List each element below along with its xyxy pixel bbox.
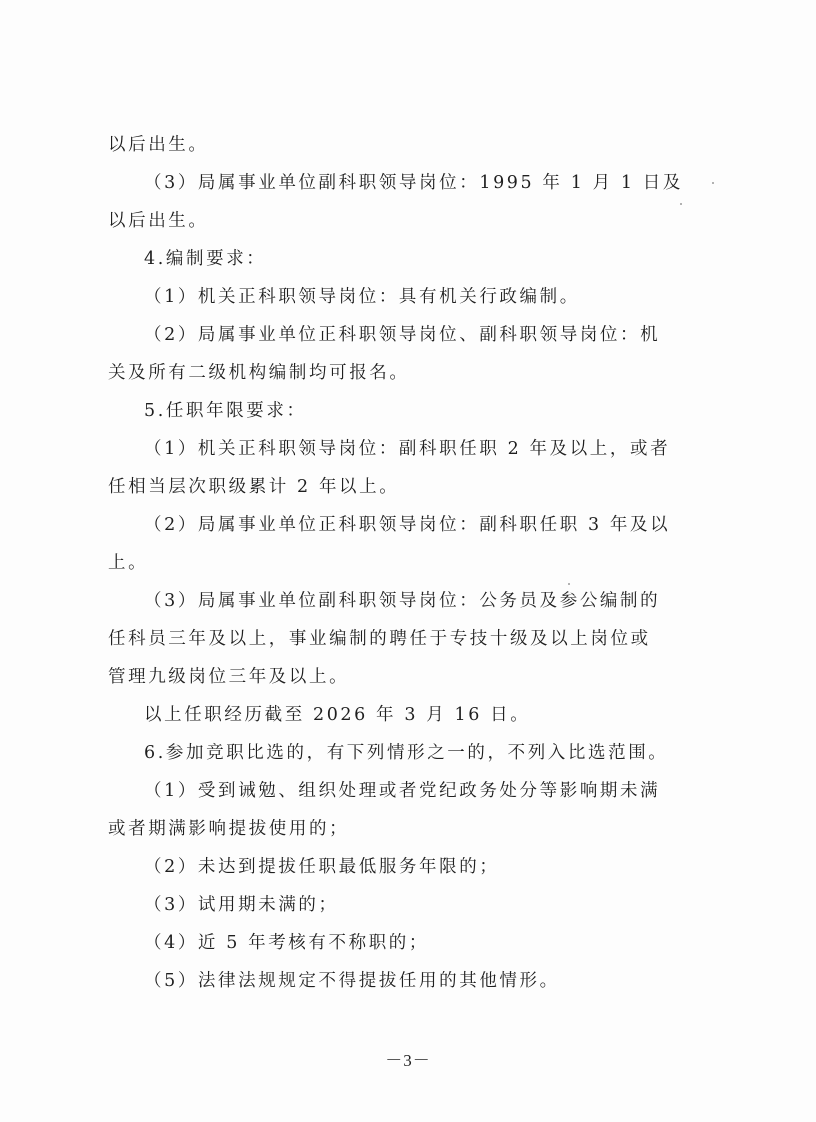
section-heading-tenure: 5.任职年限要求： xyxy=(108,392,698,430)
text-line-10: 任相当层次职级累计 2 年以上。 xyxy=(108,468,698,506)
text-line-1: 以后出生。 xyxy=(108,126,698,164)
text-line-21: （3）试用期未满的； xyxy=(108,886,698,924)
section-heading-staffing: 4.编制要求： xyxy=(108,240,698,278)
scan-speck xyxy=(568,583,570,585)
text-line-19: 或者期满影响提拔使用的； xyxy=(108,810,698,848)
text-line-3: 以后出生。 xyxy=(108,202,698,240)
scan-speck xyxy=(712,182,714,184)
text-line-7: 关及所有二级机构编制均可报名。 xyxy=(108,354,698,392)
page-number: －3－ xyxy=(0,1046,816,1071)
text-line-11: （2）局属事业单位正科职领导岗位：副科职任职 3 年及以 xyxy=(108,506,698,544)
text-line-20: （2）未达到提拔任职最低服务年限的； xyxy=(108,848,698,886)
text-line-9: （1）机关正科职领导岗位：副科职任职 2 年及以上，或者 xyxy=(108,430,698,468)
text-line-6: （2）局属事业单位正科职领导岗位、副科职领导岗位：机 xyxy=(108,316,698,354)
section-heading-exclusions: 6.参加竞职比选的，有下列情形之一的，不列入比选范围。 xyxy=(108,734,698,772)
text-line-16: 以上任职经历截至 2026 年 3 月 16 日。 xyxy=(108,696,698,734)
text-line-12: 上。 xyxy=(108,544,698,582)
text-line-13: （3）局属事业单位副科职领导岗位：公务员及参公编制的 xyxy=(108,582,698,620)
text-line-15: 管理九级岗位三年及以上。 xyxy=(108,658,698,696)
text-line-22: （4）近 5 年考核有不称职的； xyxy=(108,924,698,962)
text-line-18: （1）受到诫勉、组织处理或者党纪政务处分等影响期未满 xyxy=(108,772,698,810)
text-line-5: （1）机关正科职领导岗位：具有机关行政编制。 xyxy=(108,278,698,316)
text-line-2: （3）局属事业单位副科职领导岗位：1995 年 1 月 1 日及 xyxy=(108,164,698,202)
text-line-23: （5）法律法规规定不得提拔任用的其他情形。 xyxy=(108,962,698,1000)
scan-speck xyxy=(680,203,682,205)
text-line-14: 任科员三年及以上，事业编制的聘任于专技十级及以上岗位或 xyxy=(108,620,698,658)
document-body: 以后出生。 （3）局属事业单位副科职领导岗位：1995 年 1 月 1 日及 以… xyxy=(108,126,698,1000)
document-page: 以后出生。 （3）局属事业单位副科职领导岗位：1995 年 1 月 1 日及 以… xyxy=(0,0,816,1122)
